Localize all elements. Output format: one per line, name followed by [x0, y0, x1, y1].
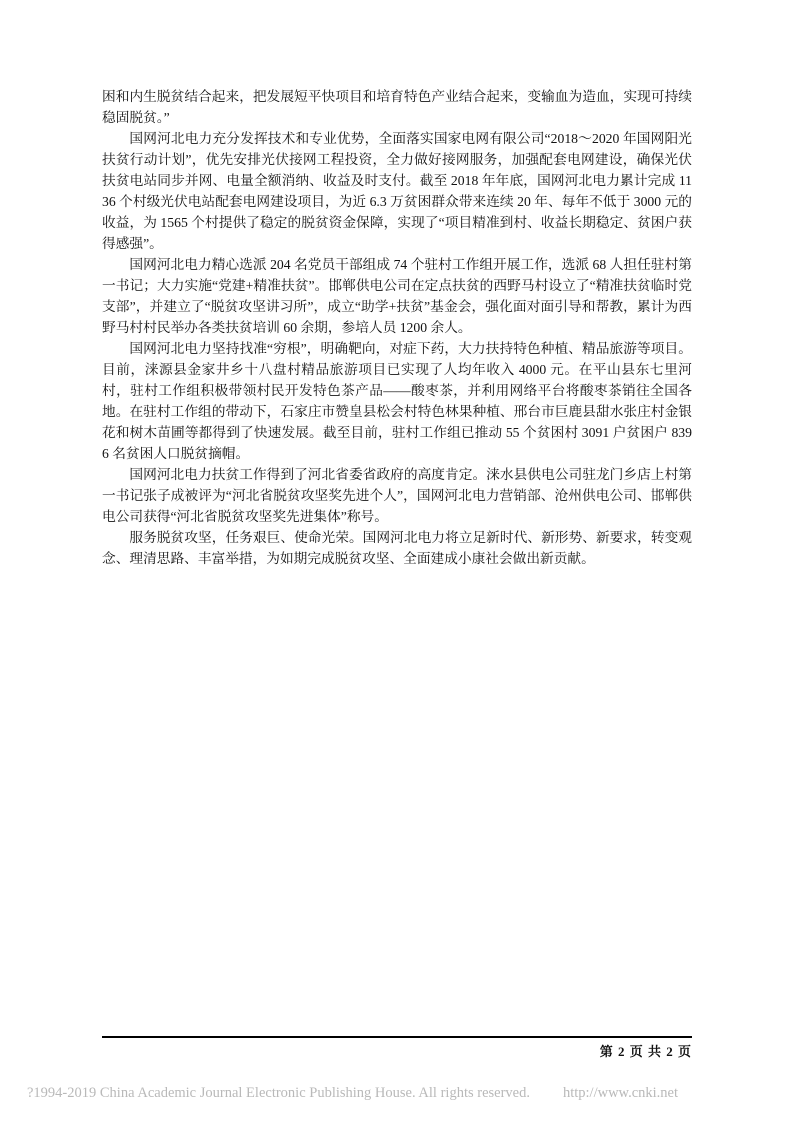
footer-divider [102, 1036, 692, 1038]
page-number-indicator: 第 2 页 共 2 页 [102, 1041, 692, 1060]
document-page: 困和内生脱贫结合起来，把发展短平快项目和培育特色产业结合起来，变输血为造血，实现… [0, 0, 793, 1122]
paragraph: 困和内生脱贫结合起来，把发展短平快项目和培育特色产业结合起来，变输血为造血，实现… [102, 86, 692, 128]
paragraph: 国网河北电力充分发挥技术和专业优势，全面落实国家电网有限公司“2018～2020… [102, 128, 692, 254]
cnki-url-link[interactable]: http://www.cnki.net [563, 1085, 678, 1101]
paragraph: 服务脱贫攻坚，任务艰巨、使命光荣。国网河北电力将立足新时代、新形势、新要求，转变… [102, 527, 692, 569]
paragraph: 国网河北电力扶贫工作得到了河北省委省政府的高度肯定。涞水县供电公司驻龙门乡店上村… [102, 464, 692, 527]
paragraph: 国网河北电力精心选派 204 名党员干部组成 74 个驻村工作组开展工作，选派 … [102, 254, 692, 338]
copyright-watermark: ?1994-2019 China Academic Journal Electr… [27, 1084, 767, 1102]
article-body: 困和内生脱贫结合起来，把发展短平快项目和培育特色产业结合起来，变输血为造血，实现… [102, 86, 692, 569]
paragraph: 国网河北电力坚持找准“穷根”，明确靶向，对症下药，大力扶持特色种植、精品旅游等项… [102, 338, 692, 464]
copyright-text: ?1994-2019 China Academic Journal Electr… [27, 1085, 530, 1101]
